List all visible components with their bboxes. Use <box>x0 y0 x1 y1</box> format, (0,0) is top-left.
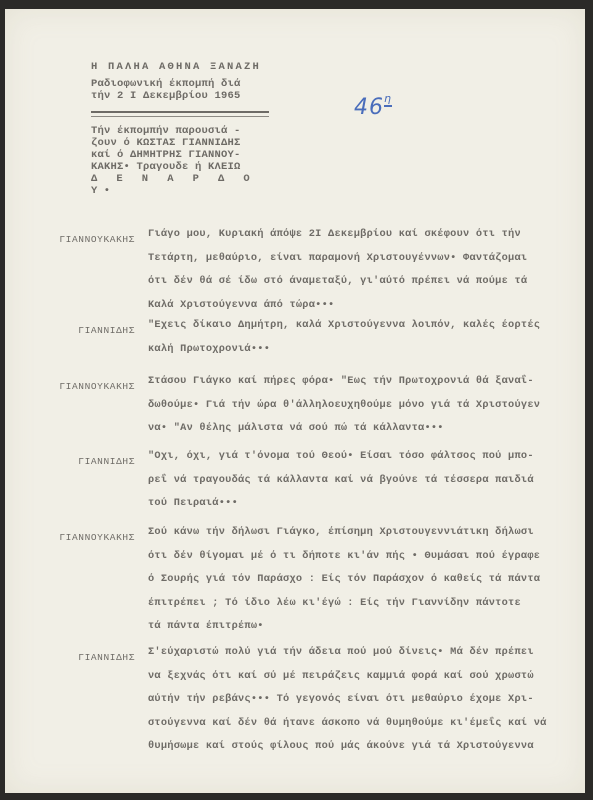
speaker-label: ΓΙΑΝΝΟΥΚΑΚΗΣ <box>5 532 135 543</box>
speech-line: να• "Αν θέλης μάλιστα νά σού πώ τά κάλλα… <box>148 417 540 441</box>
speech-line: καλή Πρωτοχρονιά••• <box>148 338 540 362</box>
credits-line: καί ό ΔΗΜΗΤΡΗΣ ΓΙΑΝΝΟΥ- <box>91 149 269 161</box>
speech-line: στούγεννα καί δέν θά ήτανε άσκοπο νά θυμ… <box>148 712 547 736</box>
subtitle-line: Ραδιοφωνική έκπομπή διά <box>91 78 269 90</box>
speech-line: τά πάντα έπιτρέπω• <box>148 615 540 639</box>
page-number-suffix: η <box>384 92 392 107</box>
speech-line: Σ'εύχαριστώ πολύ γιά τήν άδεια πού μού δ… <box>148 641 547 665</box>
speech-line: "Οχι, όχι, γιά τ'όνομα τού Θεού• Είσαι τ… <box>148 445 534 469</box>
speech-line: Σού κάνω τήν δήλωσι Γιάγκο, έπίσημη Χρισ… <box>148 521 540 545</box>
speaker-label: ΓΙΑΝΝΙΔΗΣ <box>5 325 135 336</box>
speech-line: έπιτρέπει ; Τό ίδιο λέω κι'έγώ : Είς τήν… <box>148 592 540 616</box>
speech-block: Στάσου Γιάγκο καί πήρες φόρα• "Εως τήν Π… <box>148 370 540 441</box>
speech-line: Τετάρτη, μεθαύριο, είναι παραμονή Χριστο… <box>148 247 527 271</box>
speech-line: ό Σουρής γιά τόν Παράσχο : Είς τόν Παράσ… <box>148 568 540 592</box>
speech-block: "Οχι, όχι, γιά τ'όνομα τού Θεού• Είσαι τ… <box>148 445 534 516</box>
speech-line: ότι δέν θίγομαι μέ ό τι δήποτε κι'άν πής… <box>148 545 540 569</box>
credits-line: ΚΑΚΗΣ• Τραγουδε ή ΚΛΕΙΩ <box>91 161 269 173</box>
program-header: Η ΠΑΛΗΑ ΑΘΗΝΑ ΞΑΝΑΖΗ Ραδιοφωνική έκπομπή… <box>91 61 269 197</box>
header-divider <box>91 111 269 117</box>
date-line: τήν 2 Ι Δεκεμβρίου 1965 <box>91 90 269 102</box>
speech-block: Γιάγο μου, Κυριακή άπόψε 2Ι Δεκεμβρίου κ… <box>148 223 527 317</box>
speaker-label: ΓΙΑΝΝΟΥΚΑΚΗΣ <box>5 234 135 245</box>
speaker-label: ΓΙΑΝΝΟΥΚΑΚΗΣ <box>5 381 135 392</box>
speech-line: θυμήσωμε καί στούς φίλους πού μάς άκούνε… <box>148 735 547 759</box>
credits-line: ζουν ό ΚΩΣΤΑΣ ΓΙΑΝΝΙΔΗΣ <box>91 137 269 149</box>
program-title: Η ΠΑΛΗΑ ΑΘΗΝΑ ΞΑΝΑΖΗ <box>91 61 269 73</box>
page-number: 46 <box>354 95 384 120</box>
speaker-label: ΓΙΑΝΝΙΔΗΣ <box>5 652 135 663</box>
credits-line: Δ Ε Ν Α Ρ Δ Ο Υ• <box>91 173 269 197</box>
speech-line: δωθούμε• Γιά τήν ώρα θ'άλληλοευχηθούμε μ… <box>148 394 540 418</box>
speech-block: "Εχεις δίκαιο Δημήτρη, καλά Χριστούγεννα… <box>148 314 540 361</box>
speech-line: να ξεχνάς ότι καί σύ μέ πειράζεις καμμιά… <box>148 665 547 689</box>
document-page: Η ΠΑΛΗΑ ΑΘΗΝΑ ΞΑΝΑΖΗ Ραδιοφωνική έκπομπή… <box>5 9 585 793</box>
speech-line: αύτήν τήν ρεβάνς••• Τό γεγονός είναι ότι… <box>148 688 547 712</box>
speech-line: ότι δέν θά σέ ίδω στό άναμεταξύ, γι'αύτό… <box>148 270 527 294</box>
speech-line: "Εχεις δίκαιο Δημήτρη, καλά Χριστούγεννα… <box>148 314 540 338</box>
credits-line: Τήν έκπομπήν παρουσιά - <box>91 125 269 137</box>
speech-line: Γιάγο μου, Κυριακή άπόψε 2Ι Δεκεμβρίου κ… <box>148 223 527 247</box>
speech-block: Σ'εύχαριστώ πολύ γιά τήν άδεια πού μού δ… <box>148 641 547 759</box>
speech-line: ρεΐ νά τραγουδάς τά κάλλαντα καί νά βγού… <box>148 469 534 493</box>
speech-line: τού Πειραιά••• <box>148 492 534 516</box>
speech-block: Σού κάνω τήν δήλωσι Γιάγκο, έπίσημη Χρισ… <box>148 521 540 639</box>
speaker-label: ΓΙΑΝΝΙΔΗΣ <box>5 456 135 467</box>
speech-line: Στάσου Γιάγκο καί πήρες φόρα• "Εως τήν Π… <box>148 370 540 394</box>
handwritten-page-number: 46η <box>354 95 392 120</box>
